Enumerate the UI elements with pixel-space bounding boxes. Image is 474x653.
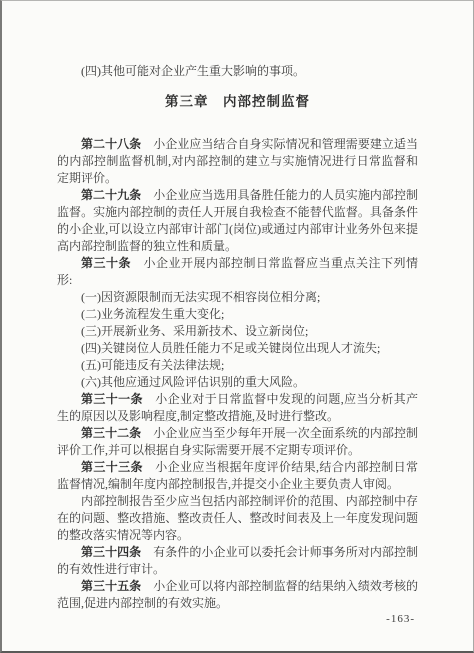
document-body: (四)其他可能对企业产生重大影响的事项。第三章 内部控制监督第二十八条 小企业应… [57, 63, 418, 612]
document-page: (四)其他可能对企业产生重大影响的事项。第三章 内部控制监督第二十八条 小企业应… [0, 0, 474, 653]
article-number: 第二十八条 [81, 137, 141, 151]
article-number: 第三十五条 [81, 579, 141, 593]
paragraph: (二)业务流程发生重大变化; [57, 306, 418, 323]
paragraph: (四)其他可能对企业产生重大影响的事项。 [57, 63, 418, 80]
paragraph: 第三十一条 小企业对于日常监督中发现的问题,应当分析其产生的原因以及影响程度,制… [57, 391, 418, 425]
article-number: 第三十条 [81, 256, 131, 270]
chapter-heading: 第三章 内部控制监督 [57, 93, 418, 110]
paragraph: 第三十三条 小企业应当根据年度评价结果,结合内部控制日常监督情况,编制年度内部控… [57, 459, 418, 493]
article-number: 第二十九条 [81, 188, 141, 202]
article-number: 第三十二条 [81, 426, 141, 440]
paragraph: 第三十五条 小企业可以将内部控制监督的结果纳入绩效考核的范围,促进内部控制的有效… [57, 578, 418, 612]
article-number: 第三十一条 [81, 392, 143, 406]
paragraph: 第二十八条 小企业应当结合自身实际情况和管理需要建立适当的内部控制监督机制,对内… [57, 136, 418, 187]
page-number: -163- [386, 613, 415, 625]
paragraph: 第三十条 小企业开展内部控制日常监督应当重点关注下列情形: [57, 255, 418, 289]
article-number: 第三十三条 [81, 460, 143, 474]
article-number: 第三十四条 [81, 545, 141, 559]
paragraph: (六)其他应通过风险评估识别的重大风险。 [57, 374, 418, 391]
paragraph: 内部控制报告至少应当包括内部控制评价的范围、内部控制中存在的问题、整改措施、整改… [57, 493, 418, 544]
paragraph: (四)关键岗位人员胜任能力不足或关键岗位出现人才流失; [57, 340, 418, 357]
paragraph: 第三十二条 小企业应当至少每年开展一次全面系统的内部控制评价工作,并可以根据自身… [57, 425, 418, 459]
paragraph: (五)可能违反有关法律法规; [57, 357, 418, 374]
paragraph: (一)因资源限制而无法实现不相容岗位相分离; [57, 289, 418, 306]
paragraph: 第三十四条 有条件的小企业可以委托会计师事务所对内部控制的有效性进行审计。 [57, 544, 418, 578]
paragraph: (三)开展新业务、采用新技术、设立新岗位; [57, 323, 418, 340]
paragraph: 第二十九条 小企业应当选用具备胜任能力的人员实施内部控制监督。实施内部控制的责任… [57, 187, 418, 255]
